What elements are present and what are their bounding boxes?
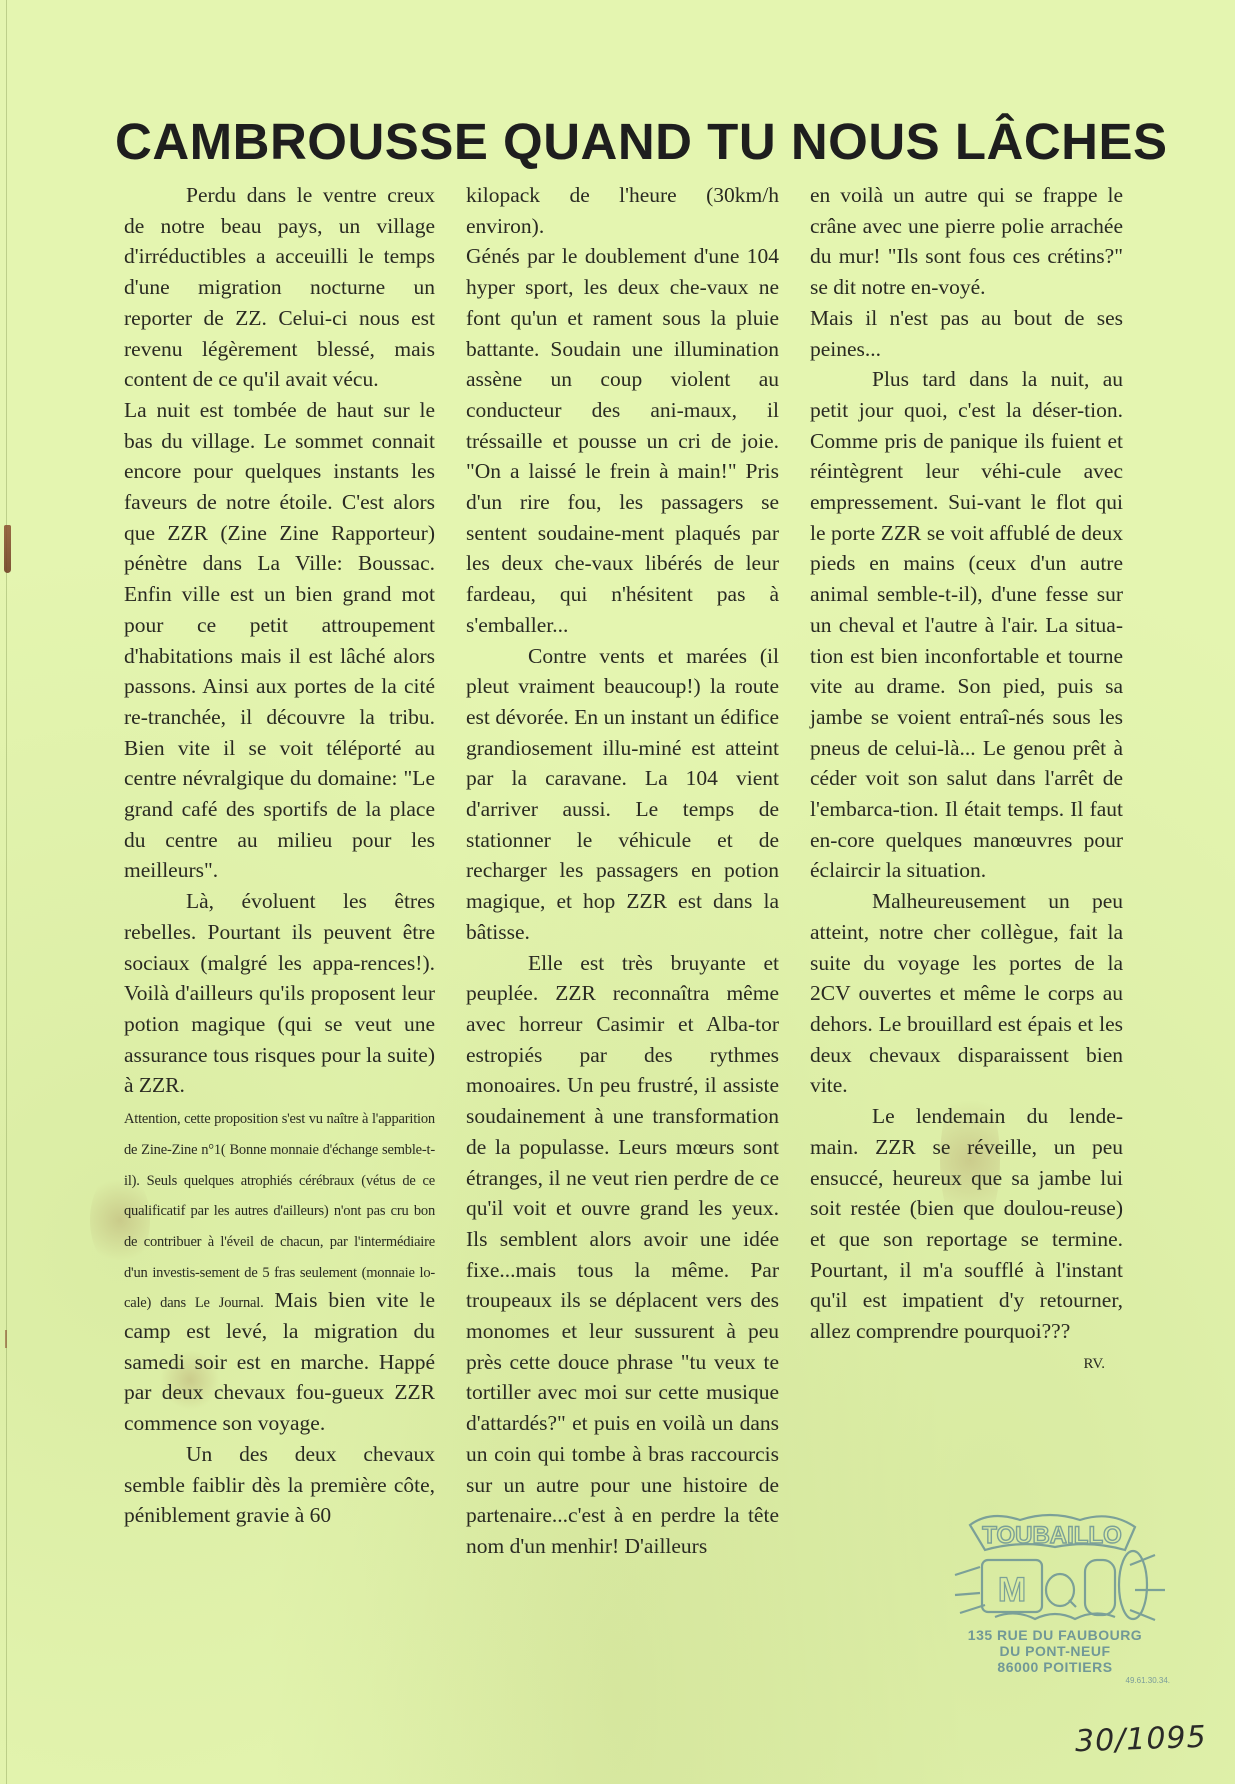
handwritten-reference-number: 30/1095 <box>1074 1720 1207 1760</box>
paragraph: en voilà un autre qui se frappe le crâne… <box>810 180 1123 303</box>
article-column-3: en voilà un autre qui se frappe le crâne… <box>810 180 1123 1377</box>
paragraph: Génés par le doublement d'une 104 hyper … <box>466 241 779 640</box>
paragraph: Plus tard dans la nuit, au petit jour qu… <box>810 364 1123 886</box>
paragraph: La nuit est tombée de haut sur le bas du… <box>124 395 435 886</box>
article-column-2: kilopack de l'heure (30km/h environ). Gé… <box>466 180 779 1562</box>
ink-stain <box>5 1330 7 1348</box>
paragraph: Mais il n'est pas au bout de ses peines.… <box>810 303 1123 364</box>
article-title: CAMBROUSSE QUAND TU NOUS LÂCHES <box>115 112 1145 171</box>
paragraph: Malheureusement un peu atteint, notre ch… <box>810 886 1123 1101</box>
svg-text:TOUBAILLO: TOUBAILLO <box>982 1522 1122 1549</box>
stamp-address: 135 RUE DU FAUBOURG DU PONT-NEUF 86000 P… <box>940 1627 1170 1675</box>
page-edge-line <box>6 0 7 1784</box>
footnote-aside: Attention, cette proposition s'est vu na… <box>124 1111 435 1311</box>
paragraph: kilopack de l'heure (30km/h environ). <box>466 180 779 241</box>
author-signature: RV. <box>810 1351 1123 1377</box>
paragraph: Elle est très bruyante et peuplée. ZZR r… <box>466 948 779 1562</box>
stamp-phone: 49.61.30.34. <box>1030 1676 1170 1685</box>
paragraph: Contre vents et marées (il pleut vraimen… <box>466 641 779 948</box>
paragraph: Un des deux chevaux semble faiblir dès l… <box>124 1439 435 1531</box>
paragraph: Là, évoluent les êtres rebelles. Pourtan… <box>124 886 435 1101</box>
stamp-logo-icon: TOUBAILLO M <box>940 1505 1170 1630</box>
paragraph: Perdu dans le ventre creux de notre beau… <box>124 180 435 395</box>
svg-text:M: M <box>998 1571 1026 1609</box>
paragraph: Le lendemain du lende-main. ZZR se révei… <box>810 1101 1123 1347</box>
article-column-1: Perdu dans le ventre creux de notre beau… <box>124 180 435 1531</box>
rubber-stamp: TOUBAILLO M 135 RUE DU FAUBOURG DU PONT-… <box>940 1505 1170 1680</box>
paragraph: Attention, cette proposition s'est vu na… <box>124 1101 435 1439</box>
ink-stain <box>4 525 11 573</box>
